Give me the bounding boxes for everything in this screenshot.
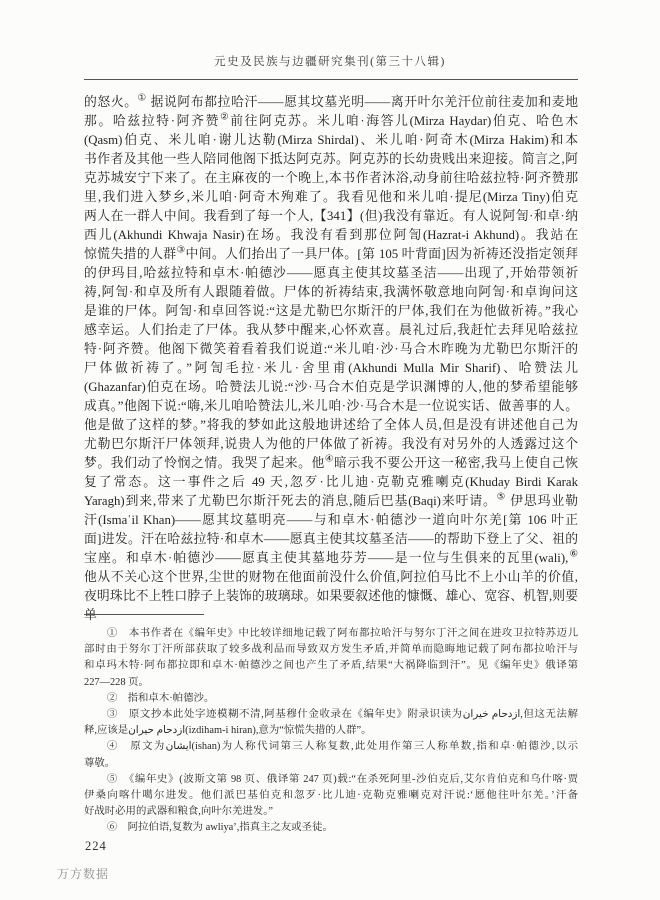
footnote-line: 好战时必用的武器和粮食,向叶尔羌进发。” xyxy=(84,804,578,820)
body-line: 成真。”他阁下说:“嗨,米儿咱哈赞法儿,米儿咱·沙·马合木是一位说实话、做善事的… xyxy=(84,397,578,416)
body-line: (Ghazanfar)伯克在场。哈赞法儿说:“沙·马合木伯克是学识渊博的人,他的… xyxy=(84,378,578,397)
footnote-line: 部时由于努尔丁汗所部获取了较多战利品而导致双方发生矛盾,并简单而隐晦地记载了阿布… xyxy=(84,642,578,658)
footnote-line: ② 指和卓木·帕德沙。 xyxy=(84,691,578,707)
page: 元史及民族与边疆研究集刊(第三十八辑) 的怒火。① 据说阿布都拉哈汗——愿其坟墓… xyxy=(0,0,660,900)
footnote-line: ④ 原文为ايشان(ishan)为人称代词第三人称复数,此处用作第三人称单数,… xyxy=(84,739,578,755)
body-line: 复了常态。这一事件之后 49 天,忽歹·比儿迪·克勒克雅喇克(Khuday Bi… xyxy=(84,473,578,492)
body-text: 的怒火。① 据说阿布都拉哈汗——愿其坟墓光明——离开叶尔羌汗位前往麦加和麦地那。… xyxy=(84,93,578,606)
body-line: 那。哈兹拉特·阿齐赞②前往阿克苏。米儿咱·海答儿(Mirza Haydar)伯克… xyxy=(84,112,578,131)
body-line: 祷,阿訇·和卓及所有人跟随着做。尸体的祈祷结束,我满怀敬意地向阿訇·和卓询问这 xyxy=(84,283,578,302)
watermark-wanfang: 万方数据 xyxy=(57,865,109,882)
footnote-line: 和卓玛木特·阿布都拉即和卓木·帕德沙之间也产生了矛盾,结果“大祸降临到汗”。见《… xyxy=(84,658,578,674)
body-line: 夜明珠比不上牲口脖子上装饰的玻璃球。如果要叙述他的慷慨、雄心、宽容、机智,则要单 xyxy=(84,587,578,606)
body-line: 的怒火。① 据说阿布都拉哈汗——愿其坟墓光明——离开叶尔羌汗位前往麦加和麦地 xyxy=(84,93,578,112)
body-line: 书作者及其他一些人陪同他阁下抵达阿克苏。阿克苏的长幼贵贱出来迎接。简言之,阿 xyxy=(84,150,578,169)
header-rule xyxy=(84,79,578,80)
body-line: 里,我们进入梦乡,米儿咱·阿奇木殉难了。我看见他和米儿咱·提尼(Mirza Ti… xyxy=(84,188,578,207)
footnotes: ① 本书作者在《编年史》中比较详细地记载了阿布都拉哈汗与努尔丁汗之间在进攻卫拉特… xyxy=(84,626,578,836)
body-line: 感幸运。人们抬走了尸体。我从梦中醒来,心怀欢喜。晨礼过后,我赶忙去拜见哈兹拉 xyxy=(84,321,578,340)
body-line: 两人在一群人中间。我看到了每一个人,【341】(但)我没有靠近。有人说阿訇·和卓… xyxy=(84,207,578,226)
body-line: Yaragh)到来,带来了尤勒巴尔斯汗死去的消息,随后巴基(Baqi)来吁请。⑤… xyxy=(84,492,578,511)
body-line: 特·阿齐赞。他阁下微笑着看着我们说道:“米儿咱·沙·马合木昨晚为尤勒巴尔斯汗的 xyxy=(84,340,578,359)
footnote-line: ① 本书作者在《编年史》中比较详细地记载了阿布都拉哈汗与努尔丁汗之间在进攻卫拉特… xyxy=(84,626,578,642)
body-line: 的伊玛目,哈兹拉特和卓木·帕德沙——愿真主使其坟墓圣洁——出现了,开始带领祈 xyxy=(84,264,578,283)
body-line: 西儿(Akhundi Khwaja Nasir)在场。我没有看到那位阿訇(Haz… xyxy=(84,226,578,245)
body-line: 宝座。和卓木·帕德沙——愿真主使其墓地芬芳——是一位与生俱来的瓦里(wali),… xyxy=(84,549,578,568)
footnote-line: ⑥ 阿拉伯语,复数为 awliya’,指真主之友或圣徒。 xyxy=(84,820,578,836)
body-line: 梦。我们动了怜悯之情。我哭了起来。他④暗示我不要公开这一秘密,我马上使自己恢 xyxy=(84,454,578,473)
body-line: 他从不关心这个世界,尘世的财物在他面前没什么价值,阿拉伯马比不上小山羊的价值, xyxy=(84,568,578,587)
footnote-line: 释,应该是ازدحام حيران(izdiham-i hiran),意为“惊慌… xyxy=(84,723,578,739)
body-line: 他是做了这样的梦。”将我的梦如此这般地讲述给了全体人员,但是没有讲述他自己为 xyxy=(84,416,578,435)
page-number: 224 xyxy=(85,839,107,854)
footnote-divider xyxy=(84,614,204,615)
body-line: 汗(Ismaʿil Khan)——愿其坟墓明亮——与和卓木·帕德沙一道向叶尔羌[… xyxy=(84,511,578,530)
footnote-line: 227—228 页。 xyxy=(84,675,578,691)
body-line: 尤勒巴尔斯汗尸体领拜,说贵人为他的尸体做了祈祷。我没有对另外的人透露过这个 xyxy=(84,435,578,454)
footnote-line: 伊桑向喀什噶尔进发。他们派巴基伯克和忽歹·比儿迪·克勒克雅喇克对汗说:‘愿他往叶… xyxy=(84,788,578,804)
running-head-title: 元史及民族与边疆研究集刊(第三十八辑) xyxy=(0,53,660,69)
footnote-line: ③ 原文抄本此处字迹模糊不清,阿基穆什金收录在《编年史》附录识读为ازدحام … xyxy=(84,707,578,723)
body-line: 面]进发。汗在哈兹拉特·和卓木——愿真主使其坟墓圣洁——的帮助下登上了父、祖的 xyxy=(84,530,578,549)
body-line: (Qasm)伯克、米儿咱·谢儿达勒(Mirza Shirdal)、米儿咱·阿奇木… xyxy=(84,131,578,150)
body-line: 克苏城安宁下来了。在主麻夜的一个晚上,本书作者沐浴,动身前往哈兹拉特·阿齐赞那 xyxy=(84,169,578,188)
body-line: 尸体做祈祷了。”阿訇毛拉·米儿·舍里甫(Akhundi Mulla Mir Sh… xyxy=(84,359,578,378)
body-line: 惊慌失措的人群③中间。人们抬出了一具尸体。[第 105 叶背面]因为祈祷还没指定… xyxy=(84,245,578,264)
footnote-line: ⑤ 《编年史》(波斯文第 98 页、俄译第 247 页)载:“在杀死阿里-沙伯克… xyxy=(84,772,578,788)
body-line: 是谁的尸体。阿訇·和卓回答说:“这是尤勒巴尔斯汗的尸体,我们在为他做祈祷。”我心 xyxy=(84,302,578,321)
footnote-line: 尊敬。 xyxy=(84,756,578,772)
